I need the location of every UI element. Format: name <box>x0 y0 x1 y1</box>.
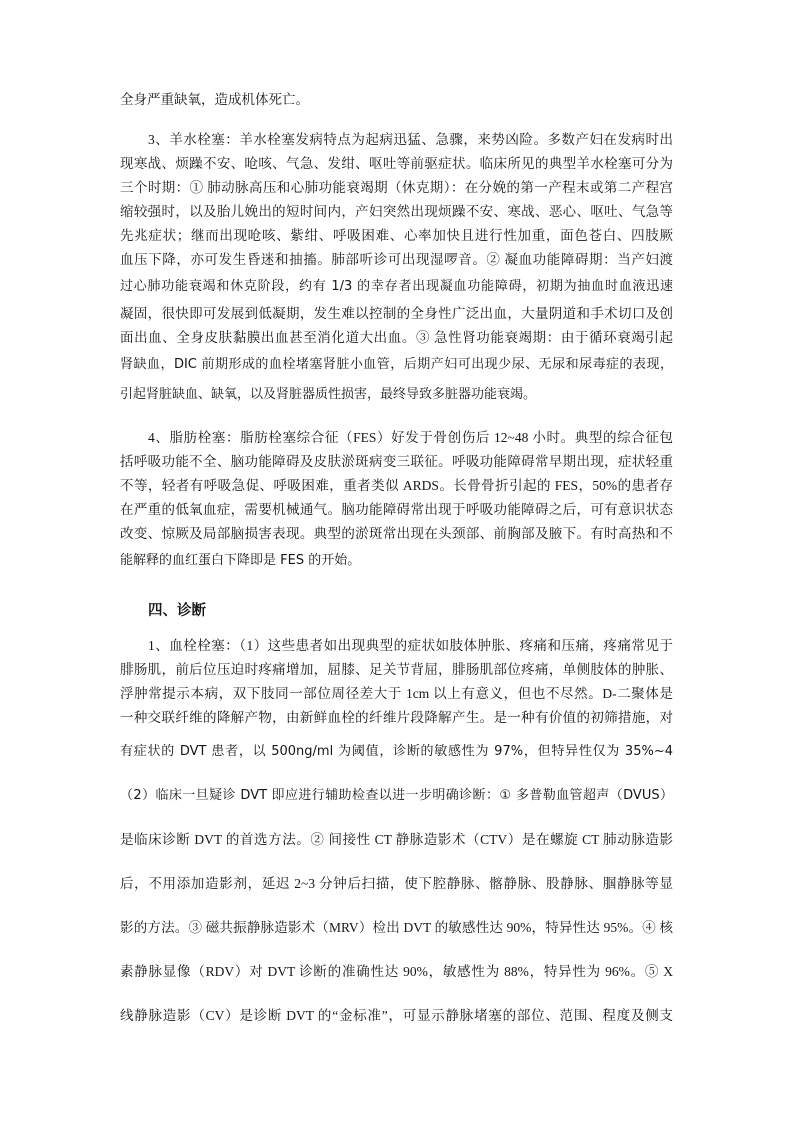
doc-line: 3、羊水栓塞：羊水栓塞发病特点为起病迅猛、急骤，来势凶险。多数产妇在发病时出 <box>120 128 673 152</box>
doc-line: 有症状的 DVT 患者，以 500ng/ml 为阈值，诊断的敏感性为 97%，但… <box>120 730 673 774</box>
doc-line: （2）临床一旦疑诊 DVT 即应进行辅助检查以进一步明确诊断：① 多普勒血管超声… <box>120 774 673 818</box>
doc-line: 先兆症状；继而出现呛咳、紫绀、呼吸困难、心率加快且进行性加重，面色苍白、四肢厥冷… <box>120 224 673 248</box>
document-page: 全身严重缺氧，造成机体死亡。3、羊水栓塞：羊水栓塞发病特点为起病迅猛、急骤，来势… <box>0 0 793 1122</box>
doc-line: 4、脂肪栓塞：脂肪栓塞综合征（FES）好发于骨创伤后 12~48 小时。典型的综… <box>120 426 673 450</box>
doc-line: 不等，轻者有呼吸急促、呼吸困难，重者类似 ARDS。长骨骨折引起的 FES，50… <box>120 474 673 498</box>
doc-line: 括呼吸功能不全、脑功能障碍及皮肤淤斑病变三联征。呼吸功能障碍常早期出现，症状轻重 <box>120 450 673 474</box>
doc-line: 能解释的血红蛋白下降即是 FES 的开始。 <box>120 546 673 576</box>
doc-line: 浮肿常提示本病，双下肢同一部位周径差大于 1cm 以上有意义，但也不尽然。D-二… <box>120 682 673 706</box>
doc-line: 凝固，很快即可发展到低凝期，发生难以控制的全身性广泛出血，大量阴道和手术切口及创 <box>120 302 673 326</box>
doc-line: 现寒战、烦躁不安、呛咳、气急、发绀、呕吐等前驱症状。临床所见的典型羊水栓塞可分为 <box>120 152 673 176</box>
doc-line: 缩较强时，以及胎儿娩出的短时间内，产妇突然出现烦躁不安、寒战、恶心、呕吐、气急等 <box>120 200 673 224</box>
doc-line: 腓肠肌，前后位压迫时疼痛增加，屈膝、足关节背屈，腓肠肌部位疼痛，单侧肢体的肿胀、 <box>120 658 673 682</box>
section-heading: 四、诊断 <box>120 598 673 624</box>
doc-line: 一种交联纤维的降解产物，由新鲜血栓的纤维片段降解产生。是一种有价值的初筛措施，对 <box>120 706 673 730</box>
doc-line: 全身严重缺氧，造成机体死亡。 <box>120 88 673 112</box>
doc-line: 过心肺功能衰竭和休克阶段，约有 1/3 的幸存者出现凝血功能障碍，初期为抽血时血… <box>120 272 673 302</box>
doc-line: 素静脉显像（RDV）对 DVT 诊断的准确性达 90%，敏感性为 88%，特异性… <box>120 950 673 994</box>
paragraph-continuation-hypoxia: 全身严重缺氧，造成机体死亡。 <box>120 88 673 112</box>
document-body: 全身严重缺氧，造成机体死亡。3、羊水栓塞：羊水栓塞发病特点为起病迅猛、急骤，来势… <box>120 88 673 1038</box>
doc-line: 三个时期：① 肺动脉高压和心肺功能衰竭期（休克期）：在分娩的第一产程末或第二产程… <box>120 176 673 200</box>
doc-line: 肾缺血，DIC 前期形成的血栓堵塞肾脏小血管，后期产妇可出现少尿、无尿和尿毒症的… <box>120 350 673 380</box>
doc-line: 改变、惊厥及局部脑损害表现。典型的淤斑常出现在头颈部、前胸部及腋下。有时高热和不 <box>120 522 673 546</box>
doc-line: 引起肾脏缺血、缺氧，以及肾脏器质性损害，最终导致多脏器功能衰竭。 <box>120 380 673 410</box>
doc-line: 后，不用添加造影剂，延迟 2~3 分钟后扫描，使下腔静脉、髂静脉、股静脉、腘静脉… <box>120 862 673 906</box>
doc-line: 是临床诊断 DVT 的首选方法。② 间接性 CT 静脉造影术（CTV）是在螺旋 … <box>120 818 673 862</box>
heading-diagnosis: 四、诊断 <box>120 598 673 624</box>
paragraph-thromboembolism-diagnosis: 1、血栓栓塞：（1）这些患者如出现典型的症状如肢体肿胀、疼痛和压痛，疼痛常见于腓… <box>120 634 673 1038</box>
paragraph-fat-embolism: 4、脂肪栓塞：脂肪栓塞综合征（FES）好发于骨创伤后 12~48 小时。典型的综… <box>120 426 673 576</box>
doc-line: 面出血、全身皮肤黏膜出血甚至消化道大出血。③ 急性肾功能衰竭期：由于循环衰竭引起 <box>120 326 673 350</box>
paragraph-amniotic-fluid-embolism: 3、羊水栓塞：羊水栓塞发病特点为起病迅猛、急骤，来势凶险。多数产妇在发病时出现寒… <box>120 128 673 410</box>
doc-line: 1、血栓栓塞：（1）这些患者如出现典型的症状如肢体肿胀、疼痛和压痛，疼痛常见于 <box>120 634 673 658</box>
doc-line: 线静脉造影（CV）是诊断 DVT 的“金标准”，可显示静脉堵塞的部位、范围、程度… <box>120 994 673 1038</box>
doc-line: 血压下降，亦可发生昏迷和抽搐。肺部听诊可出现湿啰音。② 凝血功能障碍期：当产妇渡 <box>120 248 673 272</box>
doc-line: 在严重的低氧血症，需要机械通气。脑功能障碍常出现于呼吸功能障碍之后，可有意识状态 <box>120 498 673 522</box>
doc-line: 影的方法。③ 磁共振静脉造影术（MRV）检出 DVT 的敏感性达 90%，特异性… <box>120 906 673 950</box>
